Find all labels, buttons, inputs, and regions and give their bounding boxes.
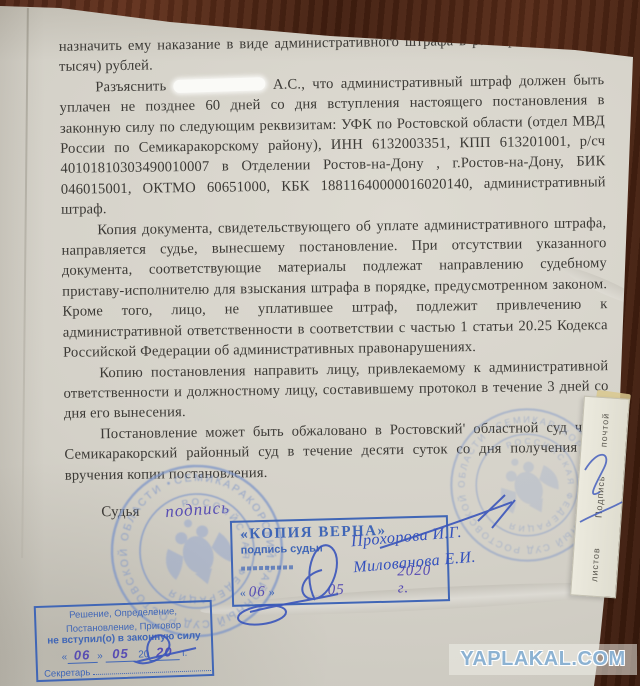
photo-of-court-document: назначить ему наказание в виде администр… (0, 0, 640, 686)
document-text: назначить ему наказание в виде администр… (59, 29, 611, 523)
label-word-listov: листов (589, 547, 601, 582)
year-prefix: 20 (138, 649, 150, 660)
close-quote: » (97, 651, 103, 662)
label-word-pochtoy: почтой (599, 412, 611, 447)
stamp-smear-line (241, 565, 293, 570)
label-word-podpis: Подпись (594, 475, 607, 518)
paragraph-payment-before-redaction: Разъяснить (95, 78, 166, 95)
handwritten-day: 06 (249, 584, 266, 600)
secretary-signature-line (93, 661, 211, 675)
yaplakal-watermark: YAPLAKAL.COM (449, 644, 637, 675)
redaction-whiteout (173, 77, 265, 93)
close-quote: » (269, 585, 275, 599)
handwritten-day: 06 (67, 647, 98, 664)
open-quote: « (240, 585, 246, 599)
copy-verna-date-row: « 06 » 05 2020 г. (240, 579, 440, 601)
paragraph-appeal: Постановление может быть обжаловано в Ро… (64, 417, 610, 486)
paragraph-payment-details: Разъяснить А.С., что административный шт… (59, 70, 606, 220)
handwritten-month: 05 (105, 646, 136, 663)
year-suffix: г. (182, 648, 188, 659)
paragraph-payment-proof: Копия документа, свидетельствующего об у… (61, 213, 608, 363)
not-in-force-stamp: Решение, Определение, Постановление, При… (34, 600, 215, 682)
paragraph-copy-delivery: Копию постановления направить лицу, прив… (63, 356, 609, 425)
handwritten-judge-names: Прохорова И.Г. Милованова Е.И. (350, 519, 477, 582)
secretary-label: Секретарь (44, 667, 91, 680)
handwritten-year: 20 (149, 644, 180, 661)
judge-handwritten-signature: подпись (165, 498, 231, 523)
underlying-sheet-edge (21, 8, 29, 558)
judge-label: Судья (101, 504, 140, 521)
handwritten-month: 05 (328, 582, 345, 599)
